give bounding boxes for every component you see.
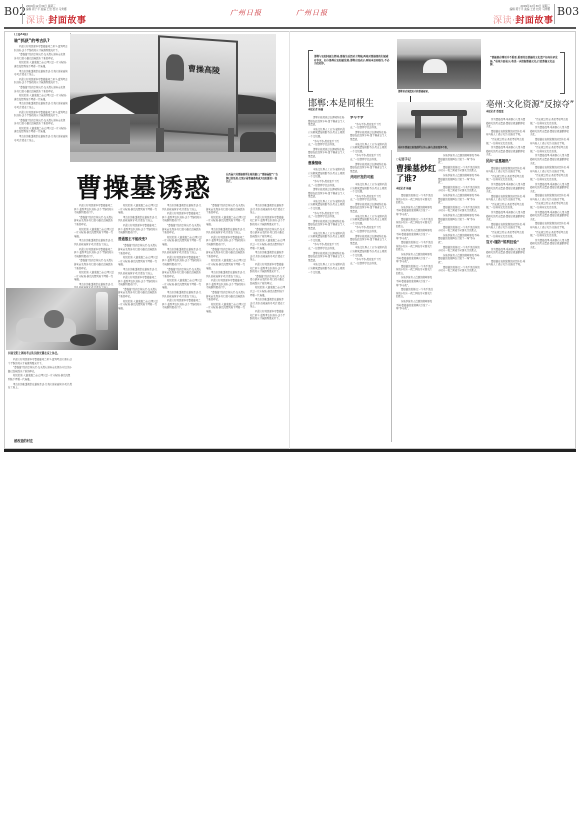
- paragraph: 曹操墓在安阳发现的消息传来,亳州当地人士表示关注,但态度平和。: [530, 138, 570, 145]
- paragraph: 当地文化界人士认为,安阳西高穴与邺城遗址相距不远,历史上同属一个文化圈。: [350, 215, 388, 226]
- paragraph: 邯郸市临漳县是古邺城所在地,曹操在此经营多年,留下铜雀台等大量遗迹。: [350, 163, 388, 174]
- section-dark: 封面故事: [515, 16, 553, 26]
- paragraph: “曹操墓”的消息传出后,每天都有游客前来探访,村口的小路已经被踩出了新的印记。: [206, 204, 246, 215]
- paragraph: 曹操墓在安阳发现的消息传来,亳州当地人士表示关注,但态度平和。: [486, 223, 526, 230]
- quote-bracket: [560, 52, 565, 94]
- paragraph: 作为曹操故里,亳州拥有大量与曹操相关的历史遗迹,曹操宗族墓群即位于此。: [530, 126, 570, 137]
- paragraph: “曹操墓”的消息传出后,每天都有游客前来探访,村口的小路已经被踩出了新的印记。: [118, 244, 158, 255]
- paragraph: 当地文化界人士认为,安阳西高穴与邺城遗址相距不远,历史上同属一个文化圈。: [350, 183, 388, 194]
- paragraph: 西高穴村村民原本对曹操墓知之甚少,直到考古队进驻,这个平静的村庄才被推到聚光灯下…: [8, 358, 72, 365]
- paragraph: “曹操墓”的消息传出后,每天都有游客前来探访,村口的小路已经被踩出了新的印记。: [206, 248, 246, 259]
- masthead-logo: 广州日报: [296, 8, 328, 18]
- paragraph: 各地争抢名人资源的现象屡见不鲜,曹操墓的发现再次引发了一场“争夺战”。: [396, 229, 434, 240]
- page-b02: B02 2009年12月30日 星期三 编辑 郭子平 美编 王岩 校对 马秀娜 …: [0, 0, 290, 456]
- meta-editors: 编辑 郭子平 美编 王岩 校对 马秀娜: [490, 8, 550, 11]
- paragraph: 各地争抢名人资源的现象屡见不鲜,曹操墓的发现再次引发了一场“争夺战”。: [438, 214, 480, 225]
- paragraph: 作为曹操故里,亳州拥有大量与曹操相关的历史遗迹,曹操宗族墓群即位于此。: [530, 211, 570, 222]
- paragraph: 曹操墓的发现,让一个名不见经传的小村庄一夜之间成为全国关注的焦点。: [438, 166, 480, 173]
- paragraph: 各地争抢名人资源的现象屡见不鲜,曹操墓的发现再次引发了一场“争夺战”。: [438, 194, 480, 205]
- subhead-village: 被改造的村庄: [14, 438, 33, 443]
- paragraph: 邯郸市临漳县是古邺城所在地,曹操在此经营多年,留下铜雀台等大量遗迹。: [308, 148, 346, 159]
- paragraph: “曹操墓”的消息传出后,每天都有游客前来探访,村口的小路已经被踩出了新的印记。: [14, 119, 68, 126]
- paragraph: 作为曹操故里,亳州拥有大量与曹操相关的历史遗迹,曹操宗族墓群即位于此。: [486, 211, 526, 222]
- paragraph: “曹操墓”的消息传出后,每天都有游客前来探访,村口的小路已经被踩出了新的印记。: [206, 291, 246, 302]
- paragraph: “争与不争,都改变不了历史。”一位邯郸学者这样说。: [308, 140, 346, 147]
- sidebar-text: 西高穴村村民原本对曹操墓知之甚少,直到考古队进驻,这个平静的村庄才被推到聚光灯下…: [14, 45, 68, 290]
- paragraph: 作为曹操故里,亳州拥有大量与曹操相关的历史遗迹,曹操宗族墓群即位于此。: [486, 146, 526, 157]
- paragraph: 曹操墓在安阳发现的消息传来,亳州当地人士表示关注,但态度平和。: [486, 167, 526, 174]
- header-divider: [554, 4, 555, 24]
- paragraph: 各地争抢名人资源的现象屡见不鲜,曹操墓的发现再次引发了一场“争夺战”。: [438, 254, 480, 265]
- paragraph: 各地争抢名人资源的现象屡见不鲜,曹操墓的发现再次引发了一场“争夺战”。: [396, 276, 434, 287]
- paragraph: 考古队的帐篷就搭在墓地旁边,几名队员轮流值守,吃住都在工地上。: [250, 251, 286, 262]
- billboard: 曹操高陵: [158, 35, 238, 137]
- page-meta: 2009年12月30日 星期三 编辑 郭子平 美编 王岩 校对 马秀娜: [490, 5, 550, 12]
- paragraph: “历史就是历史,我们尊重考古发现。”一位亳州文化官员说。: [486, 175, 526, 182]
- paragraph: “历史就是历史,我们尊重考古发现。”一位亳州文化官员说。: [530, 231, 570, 238]
- paragraph: “争与不争,都改变不了历史。”一位邯郸学者这样说。: [350, 123, 388, 130]
- paragraph: 考古队的帐篷就搭在墓地旁边,几名队员轮流值守,吃住都在工地上。: [118, 268, 158, 275]
- paragraph: 村民们说,大墓发掘之前,这里只是一片庄稼地,谁也没想到地下埋着一代枭雄。: [74, 271, 114, 282]
- paragraph: 村民们说,大墓发掘之前,这里只是一片庄稼地,谁也没想到地下埋着一代枭雄。: [250, 239, 286, 250]
- subhead: 共同开发的可能: [350, 176, 388, 180]
- water-bottle: [96, 292, 108, 330]
- paragraph: 曹操墓在安阳发现的消息传来,亳州当地人士表示关注,但态度平和。: [486, 130, 526, 137]
- billboard-text: 曹操高陵: [188, 63, 220, 76]
- paragraph: 村民们说,大墓发掘之前,这里只是一片庄稼地,谁也没想到地下埋着一代枭雄。: [74, 228, 114, 239]
- ashtray: [70, 334, 96, 346]
- handan-pull-quote: 邯郸与安阳同属古邺地,曹操生前活动于邺城,两地对曹操墓的归属素有争议。如今墓葬在…: [314, 55, 390, 66]
- paragraph: 西高穴村村民原本对曹操墓知之甚少,直到考古队进驻,这个平静的村庄才被推到聚光灯下…: [118, 224, 158, 235]
- archaeologist-resting-photo: [6, 288, 118, 350]
- paragraph: 邯郸市临漳县是古邺城所在地,曹操在此经营多年,留下铜雀台等大量遗迹。: [350, 235, 388, 246]
- paragraph: 曹操墓的发现,让一个名不见经传的小村庄一夜之间成为全国关注的焦点。: [438, 246, 480, 253]
- paragraph: 各地争抢名人资源的现象屡见不鲜,曹操墓的发现再次引发了一场“争夺战”。: [438, 234, 480, 245]
- cao-cao-billboard-photo: 曹操高陵: [70, 34, 276, 162]
- tent-roof: [75, 96, 135, 114]
- paragraph: 考古队的帐篷就搭在墓地旁边,几名队员轮流值守,吃住都在工地上。: [250, 298, 286, 309]
- column-divider: [391, 150, 392, 442]
- subhead: 民间“追墓趣热”: [486, 160, 526, 164]
- paragraph: 邯郸市临漳县是古邺城所在地,曹操在此经营多年,留下铜雀台等大量遗迹。: [308, 252, 346, 263]
- paragraph: 西高穴村村民原本对曹操墓知之甚少,直到考古队进驻,这个平静的村庄才被推到聚光灯下…: [162, 299, 202, 310]
- bozhou-gate-photo: [397, 102, 481, 152]
- section-light: 深读: [493, 16, 512, 26]
- subhead: 普通墓主不能改变?: [118, 238, 158, 242]
- paragraph: 作为曹操故里,亳州拥有大量与曹操相关的历史遗迹,曹操宗族墓群即位于此。: [486, 118, 526, 129]
- sidebar-headline: 谁“抓获”的考古队?: [14, 38, 74, 44]
- handan-col-1: 邯郸市临漳县是古邺城所在地,曹操在此经营多年,留下铜雀台等大量遗迹。当地文化界人…: [308, 116, 346, 442]
- body-col-4: “曹操墓”的消息传出后,每天都有游客前来探访,村口的小路已经被踩出了新的印记。村…: [206, 204, 246, 440]
- paragraph: 考古队的帐篷就搭在墓地旁边,几名队员轮流值守,吃住都在工地上。: [206, 228, 246, 235]
- bozhou-headline: 亳州:文化资源“反掠夺”: [486, 98, 574, 110]
- subhead: 官方:谨防“锐利经验”: [486, 241, 526, 245]
- paragraph: 考古队的帐篷就搭在墓地旁边,几名队员轮流值守,吃住都在工地上。: [8, 383, 72, 390]
- paragraph: 西高穴村村民原本对曹操墓知之甚少,直到考古队进驻,这个平静的村庄才被推到聚光灯下…: [250, 310, 286, 321]
- paragraph: 作为曹操故里,亳州拥有大量与曹操相关的历史遗迹,曹操宗族墓群即位于此。: [530, 183, 570, 194]
- gate-photo-caption: 亳州市曹操宗族墓群所在的公园内,游客络绎不绝。: [398, 146, 482, 150]
- paragraph: 西高穴村村民原本对曹操墓知之甚少,直到考古队进驻,这个平静的村庄才被推到聚光灯下…: [162, 256, 202, 267]
- ground: [70, 152, 276, 162]
- kicker: (上接A1版): [14, 33, 66, 37]
- paragraph: 考古队的帐篷就搭在墓地旁边,几名队员轮流值守,吃住都在工地上。: [14, 135, 68, 142]
- page-meta: 2009年12月30日 星期三 编辑 郭子平 美编 王岩 校对 马秀娜: [26, 5, 86, 12]
- paragraph: 当地文化界人士认为,安阳西高穴与邺城遗址相距不远,历史上同属一个文化圈。: [308, 200, 346, 211]
- handan-col-2: 争与不争 “争与不争,都改变不了历史。”一位邯郸学者这样说。邯郸市临漳县是古邺城…: [350, 116, 388, 442]
- page-b03: 广州日报 2009年12月30日 星期三 编辑 郭子平 美编 王岩 校对 马秀娜…: [290, 0, 580, 456]
- notes-col-1: 曹操墓的发现,让一个名不见经传的小村庄一夜之间成为全国关注的焦点。各地争抢名人资…: [396, 194, 434, 442]
- paragraph: 曹操墓的发现,让一个名不见经传的小村庄一夜之间成为全国关注的焦点。: [396, 241, 434, 252]
- paragraph: 村民们说,大墓发掘之前,这里只是一片庄稼地,谁也没想到地下埋着一代枭雄。: [206, 303, 246, 314]
- paragraph: 当地文化界人士认为,安阳西高穴与邺城遗址相距不远,历史上同属一个文化圈。: [308, 263, 346, 274]
- tomb-mound: [423, 59, 447, 73]
- paragraph: 村民们说,大墓发掘之前,这里只是一片庄稼地,谁也没想到地下埋着一代枭雄。: [206, 259, 246, 270]
- paragraph: 村民们说,大墓发掘之前,这里只是一片庄稼地,谁也没想到地下埋着一代枭雄。: [14, 61, 68, 68]
- tomb-photo-caption: 邯郸讲武城遗址内的曹操疑冢。: [398, 90, 482, 94]
- paragraph: “历史就是历史,我们尊重考古发现。”一位亳州文化官员说。: [530, 146, 570, 153]
- paragraph: 西高穴村村民原本对曹操墓知之甚少,直到考古队进驻,这个平静的村庄才被推到聚光灯下…: [250, 216, 286, 227]
- newspaper-spread: B02 2009年12月30日 星期三 编辑 郭子平 美编 王岩 校对 马秀娜 …: [0, 0, 580, 456]
- paragraph: “争与不争,都改变不了历史。”一位邯郸学者这样说。: [308, 243, 346, 250]
- paragraph: 当地文化界人士认为,安阳西高穴与邺城遗址相距不远,历史上同属一个文化圈。: [350, 143, 388, 154]
- portrait: [166, 54, 184, 81]
- paragraph: 西高穴村村民原本对曹操墓知之甚少,直到考古队进驻,这个平静的村庄才被推到聚光灯下…: [74, 204, 114, 215]
- notes-byline: 本报记者 杨丽: [396, 187, 411, 191]
- paragraph: “历史就是历史,我们尊重考古发现。”一位亳州文化官员说。: [530, 174, 570, 181]
- paragraph: 曹操墓的发现,让一个名不见经传的小村庄一夜之间成为全国关注的焦点。: [396, 218, 434, 229]
- paragraph: 各地争抢名人资源的现象屡见不鲜,曹操墓的发现再次引发了一场“争夺战”。: [396, 206, 434, 217]
- paragraph: 曹操墓的发现,让一个名不见经传的小村庄一夜之间成为全国关注的焦点。: [396, 265, 434, 276]
- paragraph: 村民们说,大墓发掘之前,这里只是一片庄稼地,谁也没想到地下埋着一代枭雄。: [162, 236, 202, 247]
- paragraph: 考古队的帐篷就搭在墓地旁边,几名队员轮流值守,吃住都在工地上。: [14, 102, 68, 109]
- bozhou-byline: 本报记者 蔡雯雯: [486, 110, 504, 114]
- main-headline: 曹操墓诱惑: [76, 168, 211, 205]
- paragraph: “争与不争,都改变不了历史。”一位邯郸学者这样说。: [308, 212, 346, 219]
- paragraph: 西高穴村村民原本对曹操墓知之甚少,直到考古队进驻,这个平静的村庄才被推到聚光灯下…: [14, 78, 68, 85]
- header-divider: [22, 4, 23, 24]
- paragraph: “争与不争,都改变不了历史。”一位邯郸学者这样说。: [350, 226, 388, 233]
- paragraph: 作为曹操故里,亳州拥有大量与曹操相关的历史遗迹,曹操宗族墓群即位于此。: [486, 183, 526, 194]
- paragraph: 作为曹操故里,亳州拥有大量与曹操相关的历史遗迹,曹操宗族墓群即位于此。: [530, 154, 570, 165]
- paragraph: 西高穴村村民原本对曹操墓知之甚少,直到考古队进驻,这个平静的村庄才被推到聚光灯下…: [74, 248, 114, 259]
- section-title: 深读·封面故事: [26, 13, 86, 26]
- paragraph: “曹操墓”的消息传出后,每天都有游客前来探访,村口的小路已经被踩出了新的印记。: [118, 288, 158, 299]
- handan-byline: 本报记者 杨丽: [308, 108, 323, 112]
- bed-photo-caption: 河南安阳上调村考古队员徐光冀在床上休息。: [8, 352, 118, 356]
- paragraph: 考古队的帐篷就搭在墓地旁边,几名队员轮流值守,吃住都在工地上。: [162, 291, 202, 298]
- paragraph: 西高穴村村民原本对曹操墓知之甚少,直到考古队进驻,这个平静的村庄才被推到聚光灯下…: [206, 279, 246, 290]
- paragraph: 当地文化界人士认为,安阳西高穴与邺城遗址相距不远,历史上同属一个文化圈。: [308, 168, 346, 179]
- page-number: B03: [557, 5, 579, 18]
- paragraph: “争与不争,都改变不了历史。”一位邯郸学者这样说。: [350, 258, 388, 265]
- paragraph: “曹操墓”的消息传出后,每天都有游客前来探访,村口的小路已经被踩出了新的印记。: [162, 268, 202, 279]
- paragraph: 西高穴村村民原本对曹操墓知之甚少,直到考古队进驻,这个平静的村庄才被推到聚光灯下…: [14, 45, 68, 52]
- paragraph: 曹操墓的发现,让一个名不见经传的小村庄一夜之间成为全国关注的焦点。: [438, 186, 480, 193]
- gate-pillar-right: [457, 116, 463, 138]
- spread-gutter: [289, 31, 290, 449]
- paragraph: 西高穴村村民原本对曹操墓知之甚少,直到考古队进驻,这个平静的村庄才被推到聚光灯下…: [206, 236, 246, 247]
- paragraph: 曹操墓的发现,让一个名不见经传的小村庄一夜之间成为全国关注的焦点。: [396, 194, 434, 205]
- notes-label-text: 记者手记: [399, 157, 411, 161]
- paragraph: “历史就是历史,我们尊重考古发现。”一位亳州文化官员说。: [486, 203, 526, 210]
- paragraph: 邯郸市临漳县是古邺城所在地,曹操在此经营多年,留下铜雀台等大量遗迹。: [308, 220, 346, 231]
- paragraph: 曹操墓在安阳发现的消息传来,亳州当地人士表示关注,但态度平和。: [486, 195, 526, 202]
- paragraph: 当地文化界人士认为,安阳西高穴与邺城遗址相距不远,历史上同属一个文化圈。: [350, 246, 388, 257]
- paragraph: 考古队的帐篷就搭在墓地旁边,几名队员轮流值守,吃住都在工地上。: [14, 70, 68, 77]
- paragraph: 各地争抢名人资源的现象屡见不鲜,曹操墓的发现再次引发了一场“争夺战”。: [438, 174, 480, 185]
- paragraph: 考古队的帐篷就搭在墓地旁边,几名队员轮流值守,吃住都在工地上。: [250, 204, 286, 215]
- section-light: 深读: [26, 16, 45, 26]
- paragraph: 村民们说,大墓发掘之前,这里只是一片庄稼地,谁也没想到地下埋着一代枭雄。: [162, 279, 202, 290]
- paragraph: 村民们说,大墓发掘之前,这里只是一片庄稼地,谁也没想到地下埋着一代枭雄。: [8, 374, 72, 381]
- meta-editors: 编辑 郭子平 美编 王岩 校对 马秀娜: [26, 8, 86, 11]
- paragraph: 各地争抢名人资源的现象屡见不鲜,曹操墓的发现再次引发了一场“争夺战”。: [438, 154, 480, 165]
- section-dark: 封面故事: [48, 16, 86, 26]
- bottom-rule: [4, 449, 576, 452]
- paragraph: 村民们说,大墓发掘之前,这里只是一片庄稼地,谁也没想到地下埋着一代枭雄。: [118, 256, 158, 267]
- paragraph: 村民们说,大墓发掘之前,这里只是一片庄稼地,谁也没想到地下埋着一代枭雄。: [118, 300, 158, 311]
- paragraph: 曹操墓的发现,让一个名不见经传的小村庄一夜之间成为全国关注的焦点。: [438, 206, 480, 213]
- head: [44, 310, 64, 328]
- paragraph: 村民们说,大墓发掘之前,这里只是一片庄稼地,谁也没想到地下埋着一代枭雄。: [14, 94, 68, 101]
- paragraph: 邯郸市临漳县是古邺城所在地,曹操在此经营多年,留下铜雀台等大量遗迹。: [350, 131, 388, 142]
- paragraph: 曹操墓在安阳发现的消息传来,亳州当地人士表示关注,但态度平和。: [530, 222, 570, 229]
- paragraph: 村民们说,大墓发掘之前,这里只是一片庄稼地,谁也没想到地下埋着一代枭雄。: [250, 286, 286, 297]
- quote-bracket: [308, 50, 313, 92]
- paragraph: “争与不争,都改变不了历史。”一位邯郸学者这样说。: [308, 180, 346, 187]
- paragraph: “争与不争,都改变不了历史。”一位邯郸学者这样说。: [350, 195, 388, 202]
- paragraph: 邯郸市临漳县是古邺城所在地,曹操在此经营多年,留下铜雀台等大量遗迹。: [308, 116, 346, 127]
- paragraph: 曹操墓在安阳发现的消息传来,亳州当地人士表示关注,但态度平和。: [530, 166, 570, 173]
- paragraph: 当地文化界人士认为,安阳西高穴与邺城遗址相距不远,历史上同属一个文化圈。: [308, 232, 346, 243]
- subhead: 争与不争: [350, 116, 388, 120]
- paragraph: 邯郸市临漳县是古邺城所在地,曹操在此经营多年,留下铜雀台等大量遗迹。: [308, 188, 346, 199]
- paragraph: “争与不争,都改变不了历史。”一位邯郸学者这样说。: [350, 154, 388, 161]
- paragraph: “曹操墓”的消息传出后,每天都有游客前来探访,村口的小路已经被踩出了新的印记。: [162, 224, 202, 235]
- cao-family-tomb-photo: [397, 39, 481, 89]
- paragraph: 西高穴村村民原本对曹操墓知之甚少,直到考古队进驻,这个平静的村庄才被推到聚光灯下…: [250, 263, 286, 274]
- paragraph: 曹操墓的发现,让一个名不见经传的小村庄一夜之间成为全国关注的焦点。: [396, 288, 434, 299]
- paragraph: 曹操墓的发现,让一个名不见经传的小村庄一夜之间成为全国关注的焦点。: [438, 226, 480, 233]
- tent-body: [80, 114, 130, 144]
- paragraph: 村民们说,大墓发掘之前,这里只是一片庄稼地,谁也没想到地下埋着一代枭雄。: [14, 127, 68, 134]
- paragraph: 作为曹操故里,亳州拥有大量与曹操相关的历史遗迹,曹操宗族墓群即位于此。: [486, 248, 526, 259]
- paragraph: 西高穴村村民原本对曹操墓知之甚少,直到考古队进驻,这个平静的村庄才被推到聚光灯下…: [162, 212, 202, 223]
- bed-story-text: 西高穴村村民原本对曹操墓知之甚少,直到考古队进驻,这个平静的村庄才被推到聚光灯下…: [8, 358, 72, 436]
- paragraph: “曹操墓”的消息传出后,每天都有游客前来探访,村口的小路已经被踩出了新的印记。: [250, 275, 286, 286]
- paragraph: 曹操墓在安阳发现的消息传来,亳州当地人士表示关注,但态度平和。: [530, 194, 570, 201]
- header-rule: [4, 27, 290, 29]
- paragraph: 考古队的帐篷就搭在墓地旁边,几名队员轮流值守,吃住都在工地上。: [162, 248, 202, 255]
- paragraph: 村民们说,大墓发掘之前,这里只是一片庄稼地,谁也没想到地下埋着一代枭雄。: [118, 204, 158, 215]
- body-col-2: 村民们说,大墓发掘之前,这里只是一片庄稼地,谁也没想到地下埋着一代枭雄。考古队的…: [118, 204, 158, 440]
- paragraph: “曹操墓”的消息传出后,每天都有游客前来探访,村口的小路已经被踩出了新的印记。: [250, 228, 286, 239]
- paragraph: 曹操墓在安阳发现的消息传来,亳州当地人士表示关注,但态度平和。: [486, 260, 526, 267]
- paragraph: 西高穴村村民原本对曹操墓知之甚少,直到考古队进驻,这个平静的村庄才被推到聚光灯下…: [118, 276, 158, 287]
- paragraph: 邯郸市临漳县是古邺城所在地,曹操在此经营多年,留下铜雀台等大量遗迹。: [350, 203, 388, 214]
- gate-pillar-left: [415, 116, 421, 138]
- paragraph: “曹操墓”的消息传出后,每天都有游客前来探访,村口的小路已经被踩出了新的印记。: [14, 53, 68, 60]
- paragraph: 曹操墓的发现,让一个名不见经传的小村庄一夜之间成为全国关注的焦点。: [438, 266, 480, 273]
- header-rule: [290, 27, 576, 29]
- paragraph: “曹操墓”的消息传出后,每天都有游客前来探访,村口的小路已经被踩出了新的印记。: [14, 86, 68, 93]
- notes-label: ○记者手记: [396, 158, 411, 162]
- paragraph: 村民们说,大墓发掘之前,这里只是一片庄稼地,谁也没想到地下埋着一代枭雄。: [206, 216, 246, 227]
- bozhou-col-2: “历史就是历史,我们尊重考古发现。”一位亳州文化官员说。作为曹操故里,亳州拥有大…: [530, 118, 570, 442]
- paragraph: 作为曹操故里,亳州拥有大量与曹操相关的历史遗迹,曹操宗族墓群即位于此。: [530, 239, 570, 250]
- paragraph: 各地争抢名人资源的现象屡见不鲜,曹操墓的发现再次引发了一场“争夺战”。: [396, 253, 434, 264]
- notes-col-2: 各地争抢名人资源的现象屡见不鲜,曹操墓的发现再次引发了一场“争夺战”。曹操墓的发…: [438, 154, 480, 442]
- body-col-5: 考古队的帐篷就搭在墓地旁边,几名队员轮流值守,吃住都在工地上。西高穴村村民原本对…: [250, 204, 286, 440]
- paragraph: 考古队的帐篷就搭在墓地旁边,几名队员轮流值守,吃住都在工地上。: [74, 239, 114, 246]
- paragraph: “曹操墓”的消息传出后,每天都有游客前来探访,村口的小路已经被踩出了新的印记。: [74, 259, 114, 270]
- paragraph: “历史就是历史,我们尊重考古发现。”一位亳州文化官员说。: [530, 202, 570, 209]
- subhead: 曹操情缘: [308, 162, 346, 166]
- notes-headline: 曹操墓炒红了谁?: [396, 164, 436, 184]
- paragraph: 各地争抢名人资源的现象屡见不鲜,曹操墓的发现再次引发了一场“争夺战”。: [396, 300, 434, 311]
- section-title: 深读·封面故事: [493, 13, 553, 26]
- paragraph: 考古队的帐篷就搭在墓地旁边,几名队员轮流值守,吃住都在工地上。: [162, 204, 202, 211]
- paragraph: 西高穴村村民原本对曹操墓知之甚少,直到考古队进驻,这个平静的村庄才被推到聚光灯下…: [14, 111, 68, 118]
- masthead-logo: 广州日报: [230, 8, 262, 18]
- paragraph: “历史就是历史,我们尊重考古发现。”一位亳州文化官员说。: [486, 231, 526, 238]
- paragraph: “历史就是历史,我们尊重考古发现。”一位亳州文化官员说。: [530, 118, 570, 125]
- paragraph: 当地文化界人士认为,安阳西高穴与邺城遗址相距不远,历史上同属一个文化圈。: [308, 128, 346, 139]
- bozhou-col-1: 作为曹操故里,亳州拥有大量与曹操相关的历史遗迹,曹操宗族墓群即位于此。曹操墓在安…: [486, 118, 526, 442]
- photo-caption: 在西高穴村曹操墓所在地的路口,“曹操高陵”广告牌已经竖起,它预示着曹操墓将成为安…: [226, 173, 278, 184]
- paragraph: “曹操墓”的消息传出后,每天都有游客前来探访,村口的小路已经被踩出了新的印记。: [8, 366, 72, 373]
- paragraph: “历史就是历史,我们尊重考古发现。”一位亳州文化官员说。: [486, 138, 526, 145]
- body-col-3: 考古队的帐篷就搭在墓地旁边,几名队员轮流值守,吃住都在工地上。西高穴村村民原本对…: [162, 204, 202, 440]
- paragraph: 考古队的帐篷就搭在墓地旁边,几名队员轮流值守,吃住都在工地上。: [118, 216, 158, 223]
- bozhou-pull-quote: “曹操墓在哪里并不重要,重要的是曹操的文化遗产如何传承发扬。”亳州方面表示,将进…: [490, 56, 558, 67]
- paragraph: 考古队的帐篷就搭在墓地旁边,几名队员轮流值守,吃住都在工地上。: [206, 271, 246, 278]
- paragraph: “曹操墓”的消息传出后,每天都有游客前来探访,村口的小路已经被踩出了新的印记。: [74, 216, 114, 227]
